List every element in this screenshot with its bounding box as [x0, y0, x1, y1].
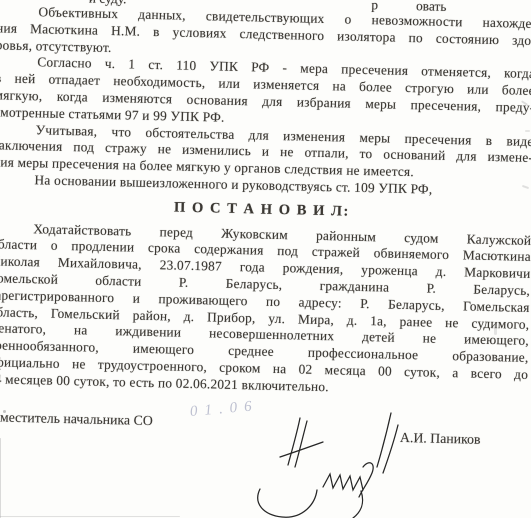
signature-scribble: [255, 405, 405, 518]
signer-name: А.И. Паников: [400, 429, 481, 447]
scan-edge-line: [0, 438, 1, 518]
signer-position-title: Заместитель начальника СО: [0, 409, 153, 429]
document-text-block: Объективных данных, свидетельствующих о …: [0, 3, 531, 400]
top-line-fragment-mid: р: [371, 0, 378, 12]
scan-artifact: [525, 130, 530, 132]
scan-artifact: [3, 410, 6, 413]
scan-edge-line: [0, 516, 180, 517]
scan-artifact: [494, 324, 497, 335]
scanned-document-page: и суду. р овать Объективных данных, свид…: [0, 0, 531, 518]
top-line-fragment-right: овать: [416, 0, 447, 14]
resolution-heading: П О С Т А Н О В И Л:: [0, 195, 531, 225]
document-body: и суду. р овать Объективных данных, свид…: [0, 0, 531, 437]
